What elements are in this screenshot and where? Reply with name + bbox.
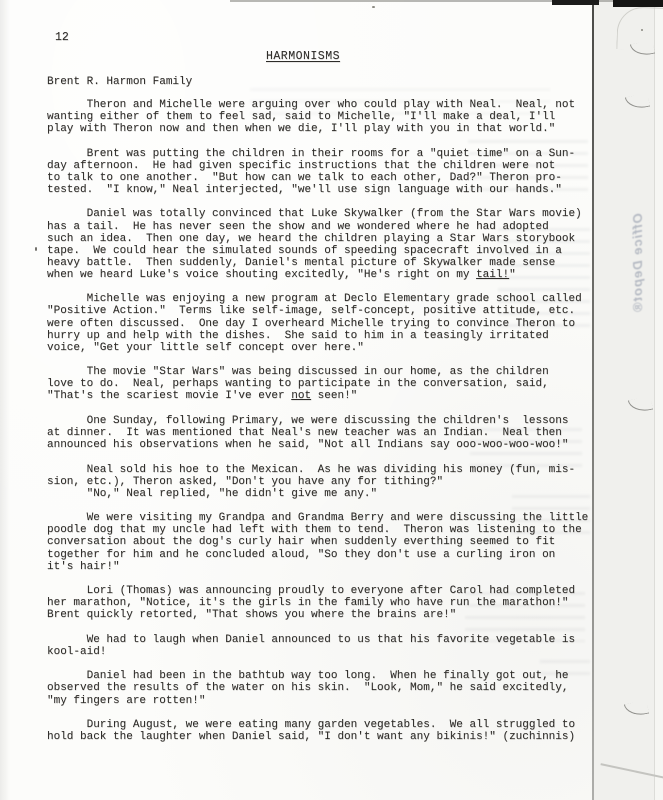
body-text: Theron and Michelle were arguing over wh… — [47, 99, 603, 743]
paragraph: We had to laugh when Daniel announced to… — [47, 634, 603, 658]
strip-edge-line — [654, 0, 655, 800]
paragraph: During August, we were eating many garde… — [47, 719, 603, 743]
paragraph: One Sunday, following Primary, we were d… — [47, 415, 603, 451]
strip-outer-edge — [655, 0, 663, 800]
scan-speck — [418, 178, 420, 180]
paragraph: Lori (Thomas) was announcing proudly to … — [47, 585, 603, 621]
paragraph: The movie "Star Wars" was being discusse… — [47, 366, 603, 402]
author-line: Brent R. Harmon Family — [47, 76, 192, 88]
scan-speck — [35, 247, 37, 251]
top-edge-bar — [613, 0, 663, 7]
paragraph: Neal sold his hoe to the Mexican. As he … — [47, 464, 603, 500]
paragraph: Theron and Michelle were arguing over wh… — [47, 99, 603, 135]
paragraph: Michelle was enjoying a new program at D… — [47, 293, 603, 353]
page-number: 12 — [55, 31, 69, 44]
scan-speck — [641, 29, 643, 31]
paragraph: We were visiting my Grandpa and Grandma … — [47, 512, 603, 572]
paragraph: Daniel had been in the bathtub way too l… — [47, 670, 603, 706]
paragraph: Daniel was totally convinced that Luke S… — [47, 208, 603, 281]
scan-speck — [372, 6, 375, 8]
scanned-page: 12 HARMONISMS Brent R. Harmon Family The… — [0, 0, 663, 800]
paper-sheet: 12 HARMONISMS Brent R. Harmon Family The… — [0, 0, 593, 800]
top-edge-bar — [552, 0, 599, 5]
office-depot-watermark: Office Depot® — [630, 193, 646, 333]
paragraph: Brent was putting the children in their … — [47, 148, 603, 196]
page-title: HARMONISMS — [266, 50, 340, 63]
